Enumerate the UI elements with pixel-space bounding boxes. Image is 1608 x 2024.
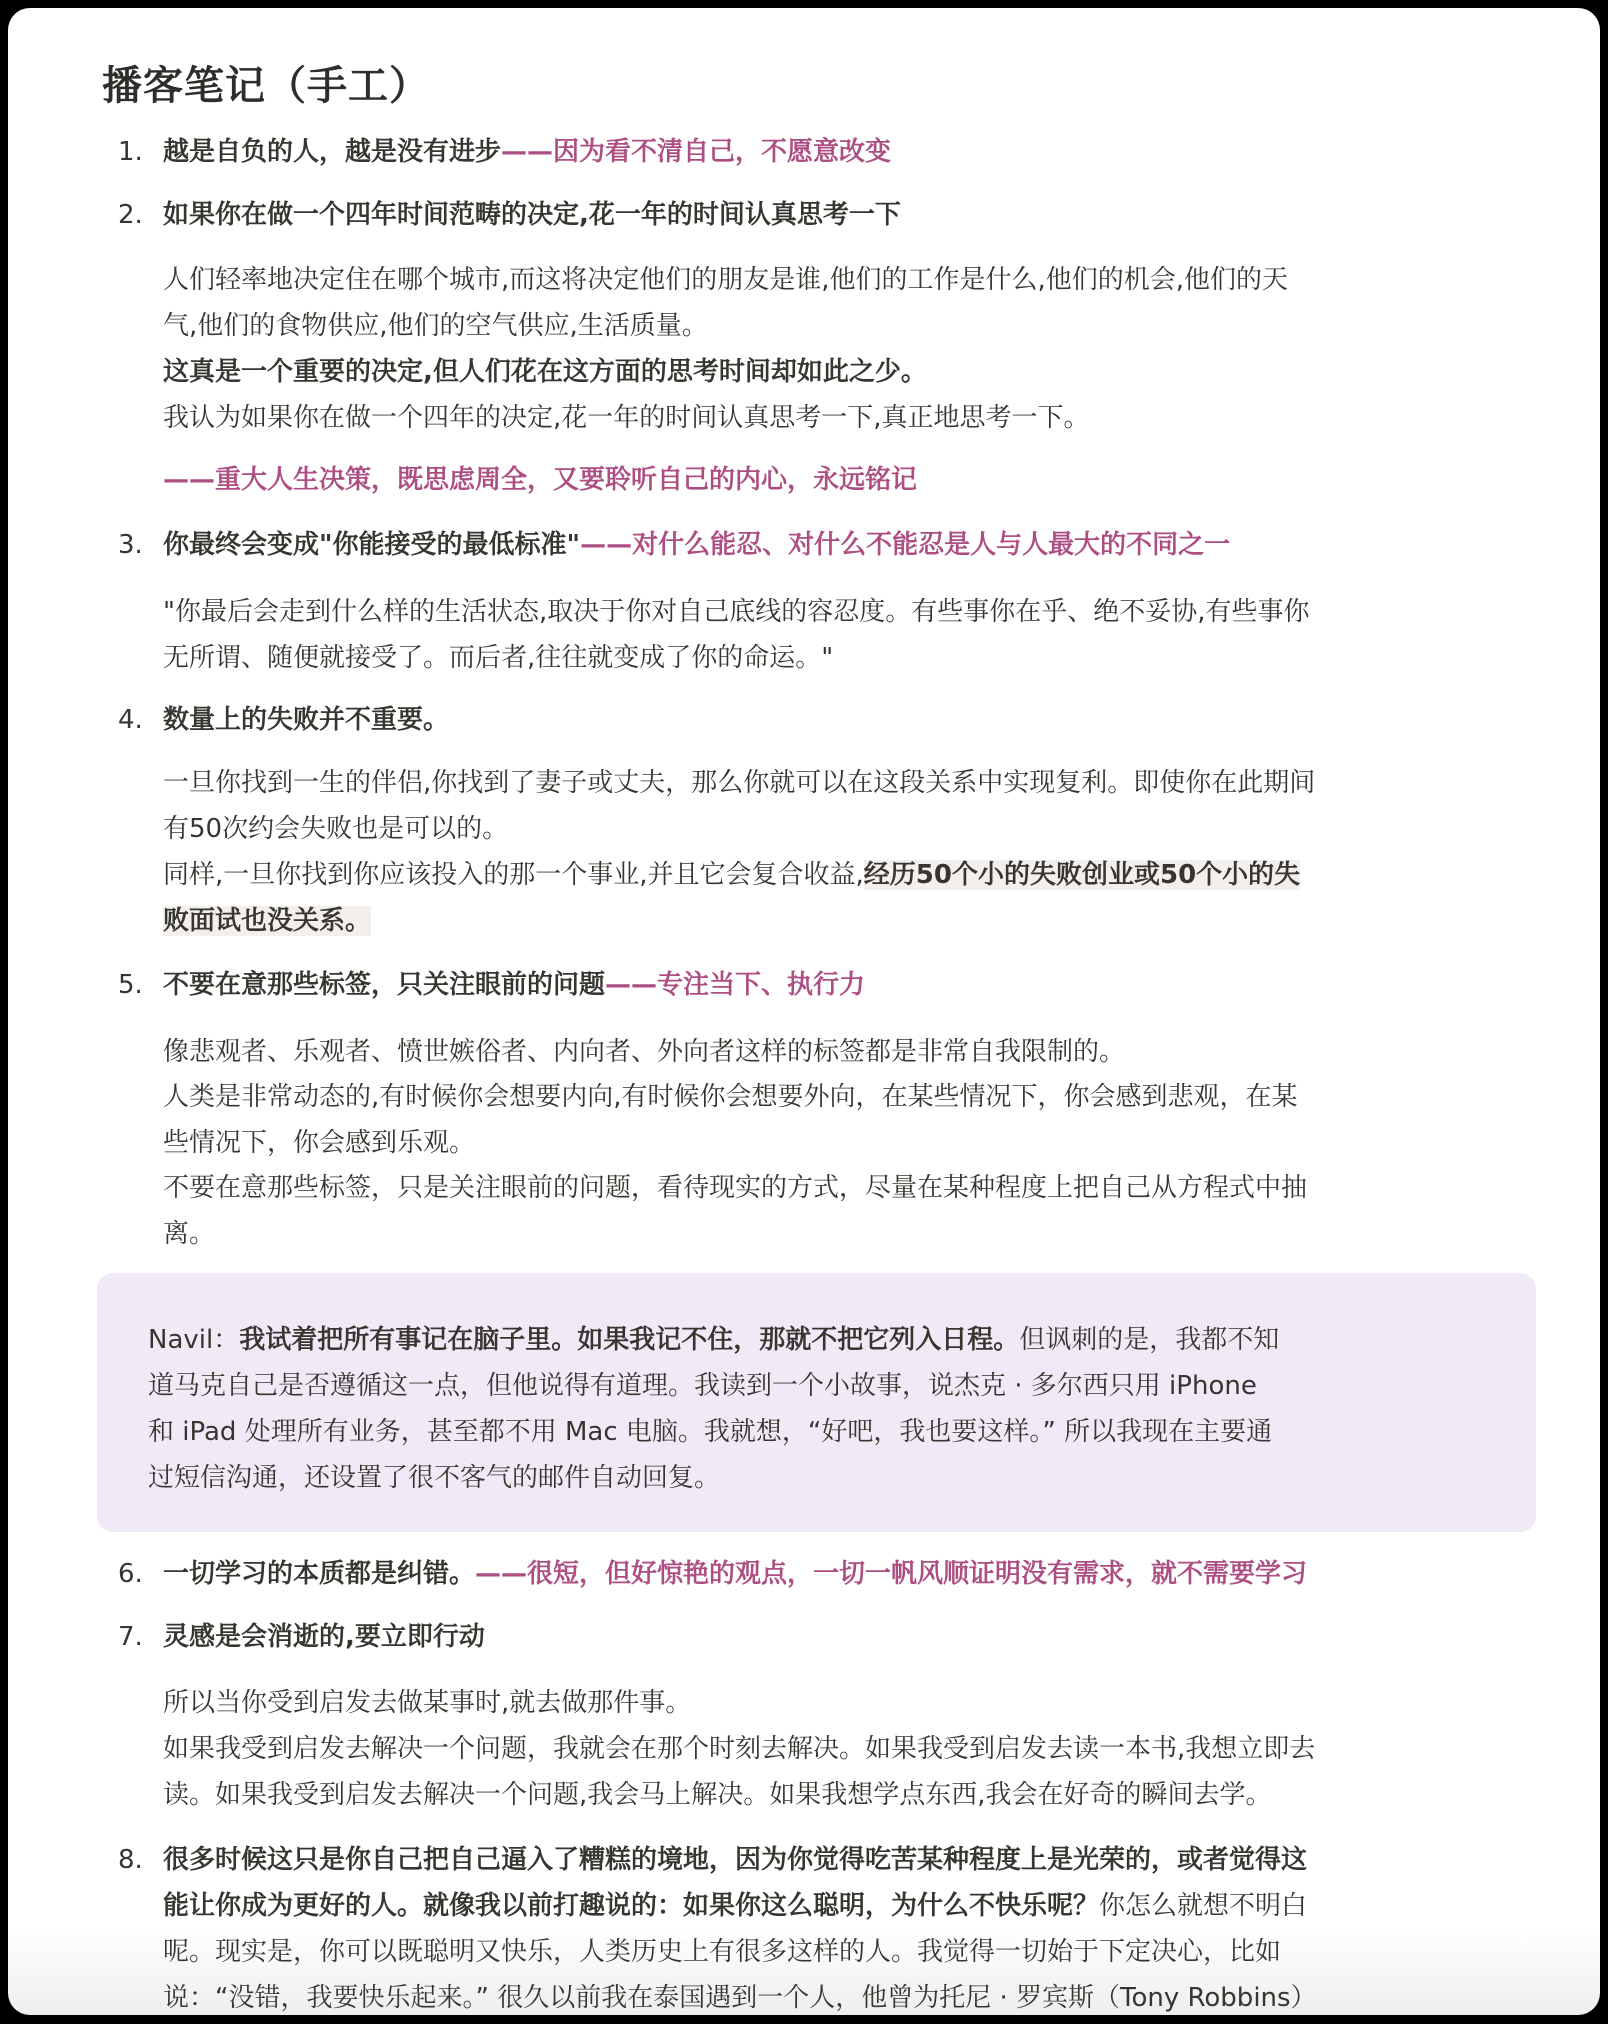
callout-line: 过短信沟通，还设置了很不客气的邮件自动回复。: [148, 1455, 1508, 1501]
list-number: 6.: [118, 1551, 158, 1597]
list-item-heading: 数量上的失败并不重要。: [163, 697, 449, 743]
heading-text: 你最终会变成"你能接受的最低标准": [163, 530, 580, 560]
comment-text: ——专注当下、执行力: [605, 970, 865, 1000]
paragraph-line: 像悲观者、乐观者、愤世嫉俗者、内向者、外向者这样的标签都是非常自我限制的。: [163, 1029, 1125, 1075]
list-item-heading: 你最终会变成"你能接受的最低标准"——对什么能忍、对什么不能忍是人与人最大的不同…: [163, 522, 1230, 568]
comment-text: ——很短，但好惊艳的观点，一切一帆风顺证明没有需求，就不需要学习: [475, 1559, 1307, 1589]
list-number: 2.: [118, 192, 158, 238]
list-number: 5.: [118, 962, 158, 1008]
list-item-heading: 如果你在做一个四年时间范畴的决定,花一年的时间认真思考一下: [163, 192, 901, 238]
paragraph-line: 败面试也没关系。: [163, 898, 371, 944]
callout-bold-text: 我试着把所有事记在脑子里。如果我记不住，那就不把它列入日程。: [239, 1325, 1019, 1355]
list-number: 7.: [118, 1614, 158, 1660]
list-item-heading: 一切学习的本质都是纠错。——很短，但好惊艳的观点，一切一帆风顺证明没有需求，就不…: [163, 1551, 1307, 1597]
page-title: 播客笔记（手工）: [102, 54, 430, 111]
paragraph-line-bold: 很多时候这只是你自己把自己逼入了糟糕的境地，因为你觉得吃苦某种程度上是光荣的，或…: [163, 1837, 1307, 1883]
highlighted-text: 败面试也没关系。: [163, 906, 371, 936]
paragraph-line: 所以当你受到启发去做某事时,就去做那件事。: [163, 1680, 691, 1726]
paragraph-line: 一旦你找到一生的伴侣,你找到了妻子或丈夫，那么你就可以在这段关系中实现复利。即使…: [163, 760, 1315, 806]
callout-line: Navil：我试着把所有事记在脑子里。如果我记不住，那就不把它列入日程。但讽刺的…: [148, 1317, 1508, 1363]
paragraph-line: 读。如果我受到启发去解决一个问题,我会马上解决。如果我想学点东西,我会在好奇的瞬…: [163, 1772, 1272, 1818]
callout-line: 道马克自己是否遵循这一点，但他说得有道理。我读到一个小故事，说杰克 · 多尔西只…: [148, 1363, 1508, 1409]
paragraph-line: 气,他们的食物供应,他们的空气供应,生活质量。: [163, 303, 708, 349]
callout-line: 和 iPad 处理所有业务，甚至都不用 Mac 电脑。我就想，“好吧，我也要这样…: [148, 1409, 1508, 1455]
callout-text: Navil：我试着把所有事记在脑子里。如果我记不住，那就不把它列入日程。但讽刺的…: [148, 1317, 1508, 1501]
comment-text: ——因为看不清自己，不愿意改变: [501, 137, 891, 167]
paragraph-line: 些情况下，你会感到乐观。: [163, 1120, 475, 1166]
heading-text: 一切学习的本质都是纠错。: [163, 1559, 475, 1589]
list-item-heading: 不要在意那些标签，只关注眼前的问题——专注当下、执行力: [163, 962, 865, 1008]
paragraph-line: 离。: [163, 1211, 215, 1257]
paragraph-line: 同样,一旦你找到你应该投入的那一个事业,并且它会复合收益,经历50个小的失败创业…: [163, 852, 1300, 898]
paragraph-line: 呢。现实是，你可以既聪明又快乐，人类历史上有很多这样的人。我觉得一切始于下定决心…: [163, 1929, 1281, 1975]
list-number: 4.: [118, 697, 158, 743]
heading-text: 越是自负的人，越是没有进步: [163, 137, 501, 167]
bold-text: 能让你成为更好的人。就像我以前打趣说的：如果你这么聪明，为什么不快乐呢？: [163, 1891, 1099, 1921]
list-number: 1.: [118, 129, 158, 175]
paragraph-line: "你最后会走到什么样的生活状态,取决于你对自己底线的容忍度。有些事你在乎、绝不妥…: [163, 589, 1310, 635]
paragraph-line: 人们轻率地决定住在哪个城市,而这将决定他们的朋友是谁,他们的工作是什么,他们的机…: [163, 257, 1288, 303]
paragraph-line: 不要在意那些标签，只是关注眼前的问题，看待现实的方式，尽量在某种程度上把自己从方…: [163, 1165, 1307, 1211]
callout-normal-text: 但讽刺的是，我都不知: [1019, 1325, 1279, 1355]
list-number: 8.: [118, 1837, 158, 1883]
paragraph-line: 人类是非常动态的,有时候你会想要内向,有时候你会想要外向，在某些情况下，你会感到…: [163, 1074, 1298, 1120]
paragraph-line: 能让你成为更好的人。就像我以前打趣说的：如果你这么聪明，为什么不快乐呢？你怎么就…: [163, 1883, 1307, 1929]
paragraph-line-bold: 这真是一个重要的决定,但人们花在这方面的思考时间却如此之少。: [163, 349, 927, 395]
paragraph-line: 有50次约会失败也是可以的。: [163, 806, 508, 852]
list-item-heading: 越是自负的人，越是没有进步——因为看不清自己，不愿意改变: [163, 129, 891, 175]
normal-text: 你怎么就想不明白: [1099, 1891, 1307, 1921]
comment-text: ——对什么能忍、对什么不能忍是人与人最大的不同之一: [580, 530, 1230, 560]
speaker-label: Navil：: [148, 1325, 239, 1355]
paragraph-text: 同样,一旦你找到你应该投入的那一个事业,并且它会复合收益,: [163, 860, 864, 890]
paragraph-line: 说：“没错，我要快乐起来。” 很久以前我在泰国遇到一个人，他曾为托尼 · 罗宾斯…: [163, 1975, 1317, 2015]
heading-text: 不要在意那些标签，只关注眼前的问题: [163, 970, 605, 1000]
highlighted-text: 经历50个小的失败创业或50个小的失: [864, 860, 1300, 890]
notion-page-card: 播客笔记（手工） 1. 越是自负的人，越是没有进步——因为看不清自己，不愿意改变…: [8, 8, 1600, 2015]
paragraph-line: 无所谓、随便就接受了。而后者,往往就变成了你的命运。": [163, 635, 833, 681]
paragraph-line: 如果我受到启发去解决一个问题，我就会在那个时刻去解决。如果我受到启发去读一本书,…: [163, 1726, 1315, 1772]
paragraph-line: 我认为如果你在做一个四年的决定,花一年的时间认真思考一下,真正地思考一下。: [163, 395, 1090, 441]
list-number: 3.: [118, 522, 158, 568]
callout-block: Navil：我试着把所有事记在脑子里。如果我记不住，那就不把它列入日程。但讽刺的…: [97, 1273, 1536, 1532]
list-item-heading: 灵感是会消逝的,要立即行动: [163, 1614, 485, 1660]
comment-text: ——重大人生决策，既思虑周全，又要聆听自己的内心，永远铭记: [163, 457, 917, 503]
